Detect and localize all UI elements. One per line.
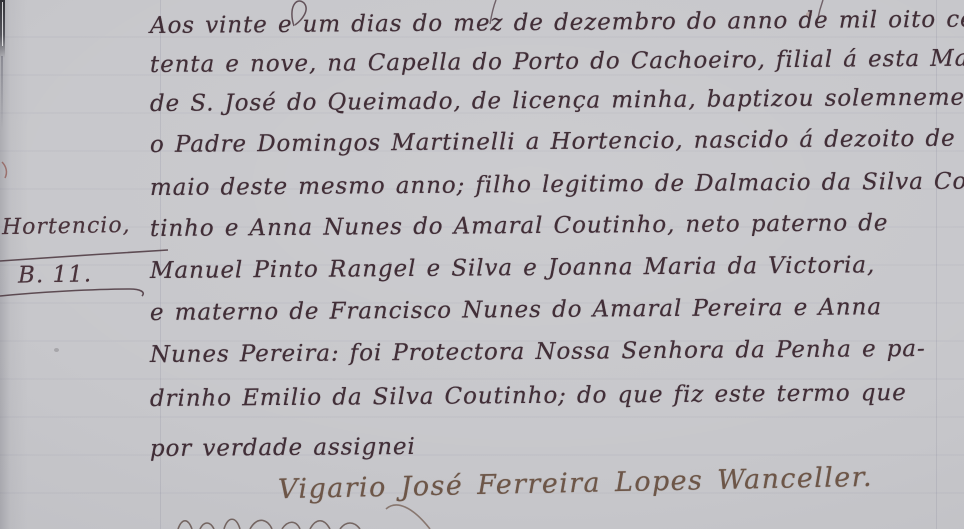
manuscript-line: Manuel Pinto Rangel e Silva e Joanna Mar…	[150, 252, 962, 284]
manuscript-line: tenta e nove, na Capella do Porto do Cac…	[150, 46, 962, 78]
signature-line: Vigario José Ferreira Lopes Wanceller.	[278, 462, 874, 505]
manuscript-line: maio deste mesmo anno; filho legitimo de…	[150, 169, 962, 201]
flourish-underline-name	[0, 250, 168, 261]
manuscript-line: o Padre Domingos Martinelli a Hortencio,…	[150, 126, 962, 158]
manuscript-line: e materno de Francisco Nunes do Amaral P…	[150, 294, 962, 326]
margin-annotation-name: Hortencio,	[2, 213, 131, 240]
paper-speck	[54, 348, 59, 352]
manuscript-line: drinho Emilio da Silva Coutinho; do que …	[150, 380, 962, 412]
signature-descender-stroke	[386, 505, 430, 529]
manuscript-line: por verdade assignei	[150, 430, 962, 462]
flourish-underline-entry	[0, 289, 143, 296]
cutoff-line-bottom	[178, 519, 360, 529]
left-edge-mark	[2, 162, 6, 178]
scanned-manuscript-page: Hortencio, B. 11. Aos vinte e um dias do…	[0, 0, 964, 529]
manuscript-line: Aos vinte e um dias do mez de dezembro d…	[150, 7, 962, 39]
manuscript-line: tinho e Anna Nunes do Amaral Coutinho, n…	[150, 210, 962, 242]
manuscript-line: Nunes Pereira: foi Protectora Nossa Senh…	[150, 336, 962, 368]
binding-edge-shadow	[1, 56, 3, 130]
margin-annotation-entry-number: B. 11.	[18, 261, 93, 288]
manuscript-line: de S. José do Queimado, de licença minha…	[150, 85, 962, 117]
page-binding-edge	[0, 0, 5, 58]
binding-edge-highlight	[2, 2, 3, 46]
